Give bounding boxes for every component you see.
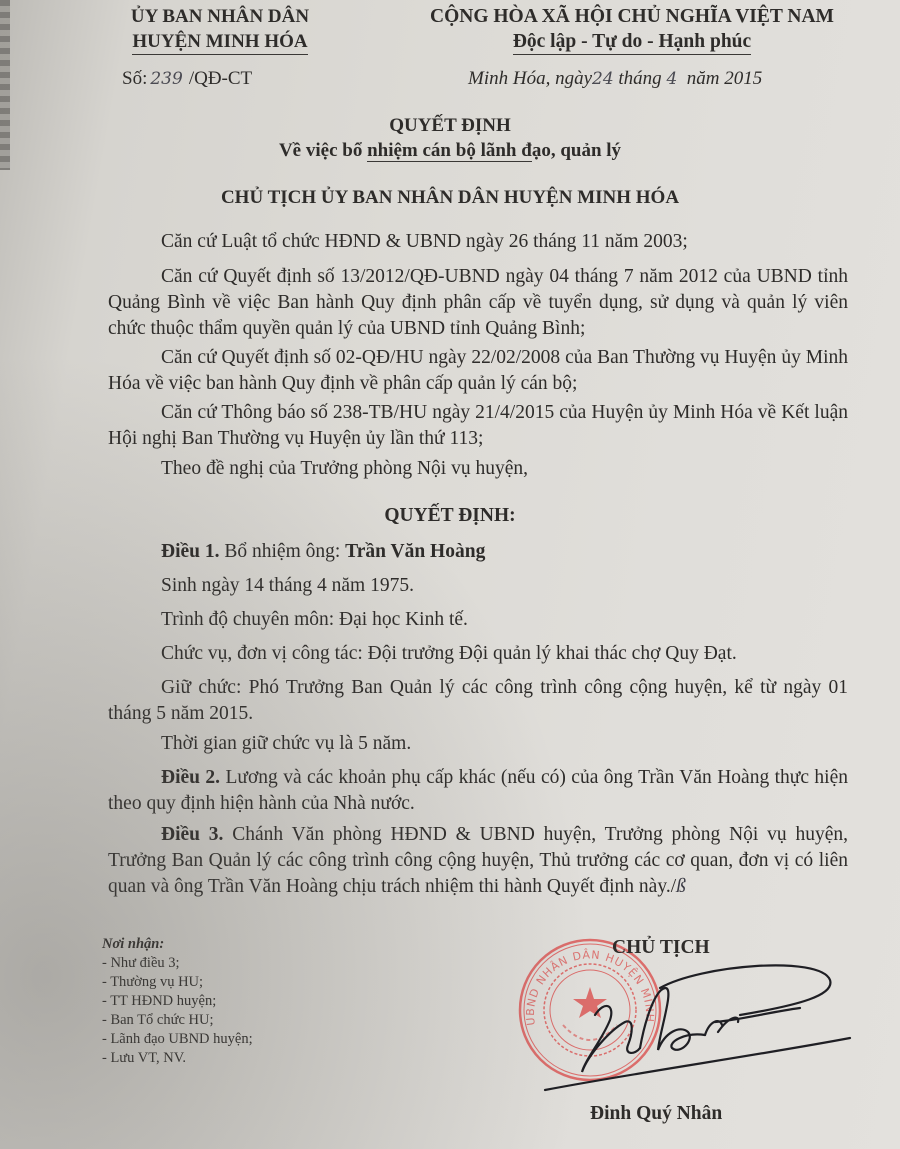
preamble-text: Căn cứ Quyết định số 02-QĐ/HU ngày 22/02… (108, 347, 848, 394)
signature-icon (540, 960, 870, 1100)
issuing-authority: CHỦ TỊCH ỦY BAN NHÂN DÂN HUYỆN MINH HÓA (0, 187, 900, 209)
agency-line-1: ỦY BAN NHÂN DÂN (100, 4, 340, 29)
nation-name: CỘNG HÒA XÃ HỘI CHỦ NGHĨA VIỆT NAM (412, 4, 852, 29)
date-month: 4 (666, 69, 677, 89)
new-position: Giữ chức: Phó Trưởng Ban Quản lý các côn… (108, 677, 848, 724)
preamble-1: Căn cứ Luật tổ chức HĐND & UBND ngày 26 … (108, 229, 848, 255)
recipient-item: - TT HĐND huyện; (102, 992, 253, 1011)
document-number: Số:239/QĐ-CT (122, 68, 252, 90)
date-day: 24 (592, 69, 614, 89)
motto: Độc lập - Tự do - Hạnh phúc (513, 29, 751, 55)
article-label: Điều 2. (161, 767, 220, 788)
preamble-text: Căn cứ Thông báo số 238-TB/HU ngày 21/4/… (108, 402, 848, 449)
article-1-birth: Sinh ngày 14 tháng 4 năm 1975. (108, 573, 848, 599)
issuing-agency: ỦY BAN NHÂN DÂN HUYỆN MINH HÓA (100, 4, 340, 55)
article-3: Điều 3. Chánh Văn phòng HĐND & UBND huyệ… (108, 822, 848, 900)
article-1-current-position: Chức vụ, đơn vị công tác: Đội trưởng Đội… (108, 641, 848, 667)
national-motto: CỘNG HÒA XÃ HỘI CHỦ NGHĨA VIỆT NAM Độc l… (412, 4, 852, 55)
preamble-4: Căn cứ Thông báo số 238-TB/HU ngày 21/4/… (108, 400, 848, 452)
appointee-name: Trần Văn Hoàng (345, 541, 485, 562)
doc-number-prefix: Số: (122, 68, 147, 89)
recipients-heading: Nơi nhận: (102, 935, 253, 954)
article-text: Bổ nhiệm ông: (220, 541, 346, 562)
document-date: Minh Hóa, ngày24 tháng 4 năm 2015 (468, 68, 762, 90)
preamble-text: Căn cứ Quyết định số 13/2012/QĐ-UBND ngà… (108, 266, 848, 339)
recipient-item: - Ban Tổ chức HU; (102, 1011, 253, 1030)
recipients-list: Nơi nhận: - Như điều 3; - Thường vụ HU; … (102, 935, 253, 1068)
handwritten-mark: ß (676, 876, 686, 897)
term-length: Thời gian giữ chức vụ là 5 năm. (161, 733, 411, 754)
subtitle-part: ạo, quản lý (532, 140, 621, 161)
article-1: Điều 1. Bổ nhiệm ông: Trần Văn Hoàng (108, 539, 848, 565)
article-1-term: Thời gian giữ chức vụ là 5 năm. (108, 731, 848, 757)
document-title: QUYẾT ĐỊNH (0, 115, 900, 137)
article-1-new-position: Giữ chức: Phó Trưởng Ban Quản lý các côn… (108, 675, 848, 727)
article-label: Điều 3. (161, 824, 223, 845)
preamble-2: Căn cứ Quyết định số 13/2012/QĐ-UBND ngà… (108, 264, 848, 342)
doc-number-handwritten: 239 (150, 69, 182, 89)
preamble-text: Theo đề nghị của Trưởng phòng Nội vụ huy… (161, 458, 528, 479)
document-subtitle: Về việc bổ nhiệm cán bộ lãnh đạo, quản l… (0, 140, 900, 162)
decision-heading: QUYẾT ĐỊNH: (0, 505, 900, 527)
date-year: năm 2015 (677, 68, 762, 89)
date-place: Minh Hóa, ngày (468, 68, 592, 89)
education: Trình độ chuyên môn: Đại học Kinh tế. (161, 609, 468, 630)
preamble-3: Căn cứ Quyết định số 02-QĐ/HU ngày 22/02… (108, 345, 848, 397)
subtitle-underlined: nhiệm cán bộ lãnh đ (367, 140, 532, 162)
recipient-item: - Lưu VT, NV. (102, 1049, 253, 1068)
article-2: Điều 2. Lương và các khoản phụ cấp khác … (108, 765, 848, 817)
date-month-label: tháng (614, 68, 667, 89)
article-1-education: Trình độ chuyên môn: Đại học Kinh tế. (108, 607, 848, 633)
doc-number-suffix: /QĐ-CT (189, 68, 252, 89)
preamble-5: Theo đề nghị của Trưởng phòng Nội vụ huy… (108, 456, 848, 482)
preamble-text: Căn cứ Luật tổ chức HĐND & UBND ngày 26 … (161, 231, 688, 252)
birth-date: Sinh ngày 14 tháng 4 năm 1975. (161, 575, 414, 596)
recipient-item: - Thường vụ HU; (102, 973, 253, 992)
current-position: Chức vụ, đơn vị công tác: Đội trưởng Đội… (161, 643, 737, 664)
subtitle-part: Về việc bổ (279, 140, 367, 161)
signer-title: CHỦ TỊCH (612, 937, 710, 959)
signer-name: Đinh Quý Nhân (590, 1103, 722, 1125)
recipient-item: - Lãnh đạo UBND huyện; (102, 1030, 253, 1049)
agency-line-2: HUYỆN MINH HÓA (132, 29, 307, 55)
article-label: Điều 1. (161, 541, 220, 562)
recipient-item: - Như điều 3; (102, 954, 253, 973)
